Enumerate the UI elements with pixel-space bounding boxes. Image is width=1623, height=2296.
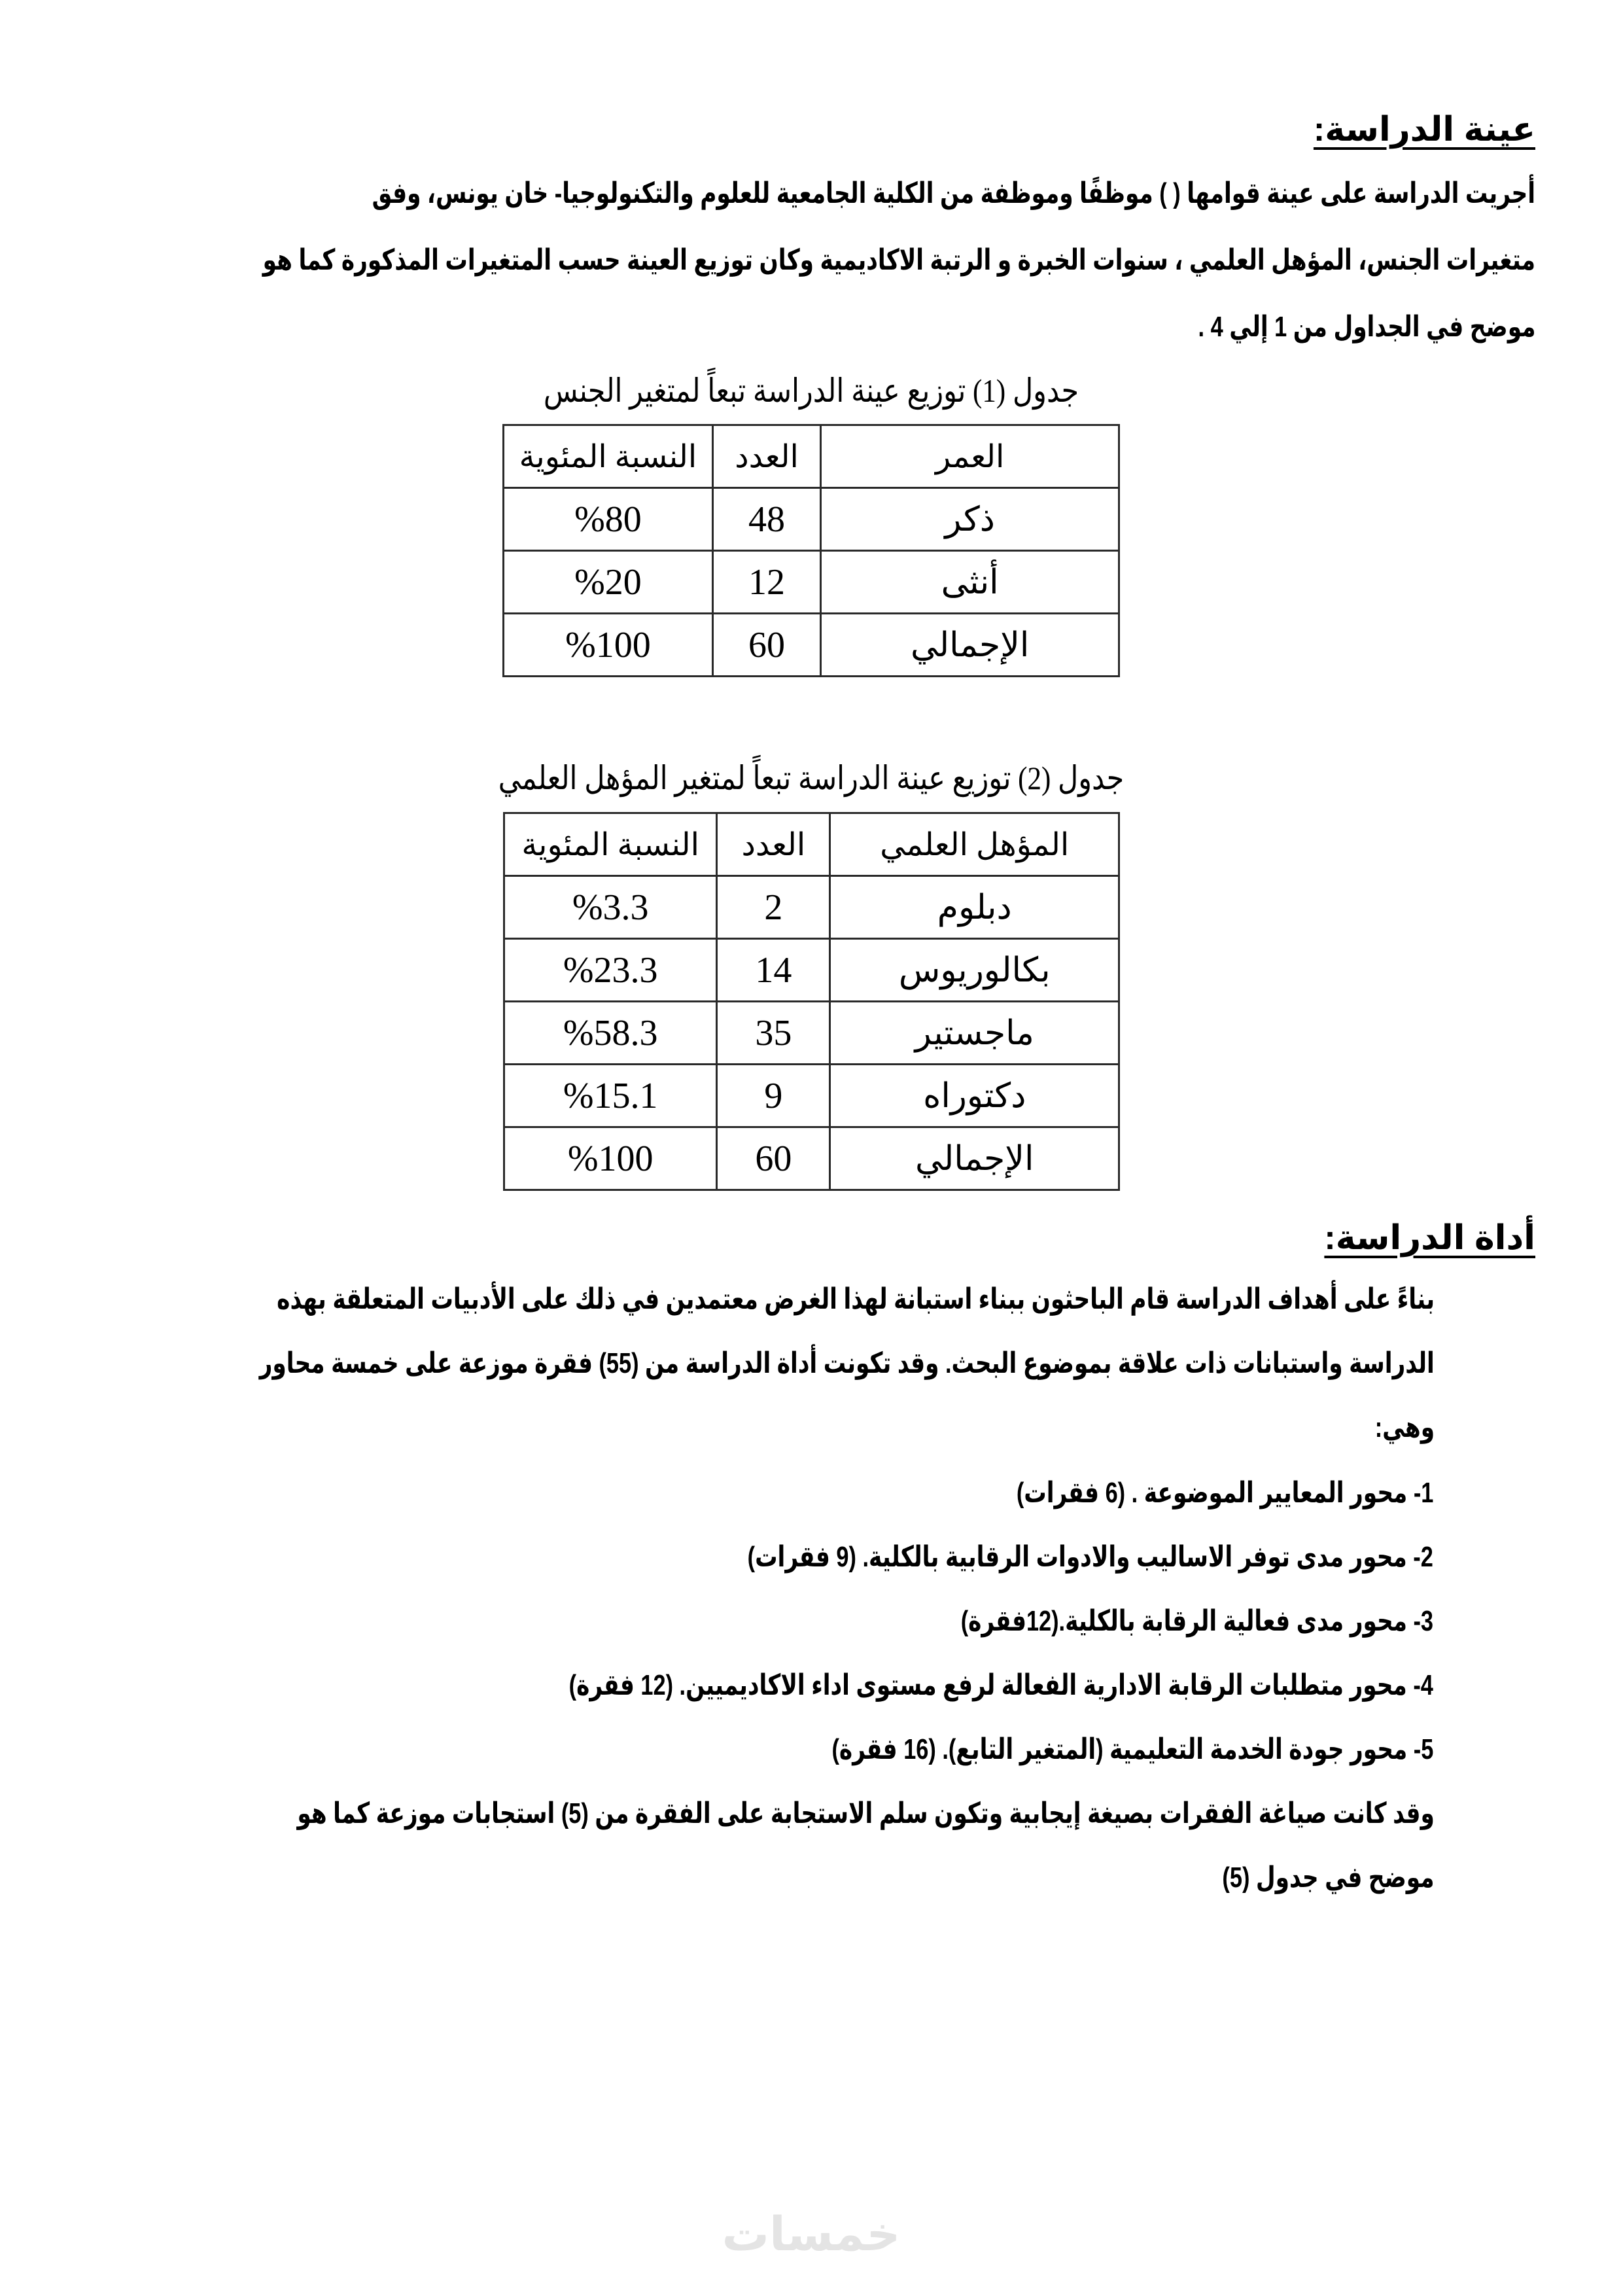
table-row: دبلوم 2 %3.3 [504,876,1119,939]
axis-item: 2- محور مدى توفر الاساليب والادوات الرقا… [748,1540,1433,1574]
cell-category: أنثى [821,551,1119,614]
cell-category: دكتوراه [830,1065,1119,1127]
table-row: ذكر 48 %80 [504,488,1119,551]
paragraph-line: موضح في جدول (5) [1223,1861,1435,1894]
cell-count: 9 [717,1065,830,1127]
cell-category: ماجستير [830,1002,1119,1065]
table-gender-distribution: العمر العدد النسبة المئوية ذكر 48 %80 أن… [502,424,1120,677]
cell-category: ذكر [821,488,1119,551]
table-header-row: المؤهل العلمي العدد النسبة المئوية [504,813,1119,876]
header-cell: النسبة المئوية [504,813,717,876]
cell-count: 60 [717,1127,830,1190]
header-cell: النسبة المئوية [504,425,713,488]
cell-count: 2 [717,876,830,939]
paragraph-line: الدراسة واستبانات ذات علاقة بموضوع البحث… [260,1347,1435,1380]
table-row: ماجستير 35 %58.3 [504,1002,1119,1065]
cell-count: 48 [712,488,821,551]
cell-category: بكالوريوس [830,939,1119,1002]
paragraph-line: وهي: [1375,1411,1435,1444]
section-heading-tool: أداة الدراسة: [1324,1218,1535,1258]
header-cell: العدد [712,425,821,488]
cell-count: 60 [712,614,821,677]
header-cell: العمر [821,425,1119,488]
cell-percent: %20 [504,551,713,614]
cell-percent: %100 [504,614,713,677]
paragraph-line: موضح في الجداول من 1 إلي 4 . [1198,310,1535,344]
table-row: بكالوريوس 14 %23.3 [504,939,1119,1002]
watermark-logo: خمسات [713,2206,909,2259]
cell-percent: %3.3 [504,876,717,939]
table-header-row: العمر العدد النسبة المئوية [504,425,1119,488]
paragraph-line: بناءً على أهداف الدراسة قام الباحثون ببن… [277,1282,1435,1316]
table2-caption: جدول (2) توزيع عينة الدراسة تبعاً لمتغير… [428,759,1194,797]
cell-category: دبلوم [830,876,1119,939]
cell-count: 14 [717,939,830,1002]
cell-percent: %100 [504,1127,717,1190]
table-row-total: الإجمالي 60 %100 [504,614,1119,677]
cell-category: الإجمالي [830,1127,1119,1190]
paragraph-line: أجريت الدراسة على عينة قوامها ( ) موظفًا… [362,177,1535,210]
table-row-total: الإجمالي 60 %100 [504,1127,1119,1190]
axis-item: 4- محور متطلبات الرقابة الادارية الفعالة… [569,1669,1433,1702]
table-row: دكتوراه 9 %15.1 [504,1065,1119,1127]
table-qualification-distribution: المؤهل العلمي العدد النسبة المئوية دبلوم… [503,812,1120,1191]
table1-caption: جدول (1) توزيع عينة الدراسة تبعاً لمتغير… [462,372,1160,410]
cell-percent: %23.3 [504,939,717,1002]
cell-percent: %15.1 [504,1065,717,1127]
paragraph-line: وقد كانت صياغة الفقرات بصيغة إيجابية وتك… [298,1797,1435,1830]
axis-item: 1- محور المعايير الموضوعة . (6 فقرات) [1016,1476,1433,1510]
paragraph-line: متغيرات الجنس، المؤهل العلمي ، سنوات الخ… [362,243,1535,277]
header-cell: العدد [717,813,830,876]
axis-item: 5- محور جودة الخدمة التعليمية (المتغير ا… [831,1733,1433,1766]
cell-count: 12 [712,551,821,614]
cell-category: الإجمالي [821,614,1119,677]
header-cell: المؤهل العلمي [830,813,1119,876]
table-row: أنثى 12 %20 [504,551,1119,614]
cell-percent: %58.3 [504,1002,717,1065]
cell-count: 35 [717,1002,830,1065]
axis-item: 3- محور مدى فعالية الرقابة بالكلية.(12فق… [961,1604,1433,1638]
cell-percent: %80 [504,488,713,551]
section-heading-sample: عينة الدراسة: [1314,110,1535,149]
